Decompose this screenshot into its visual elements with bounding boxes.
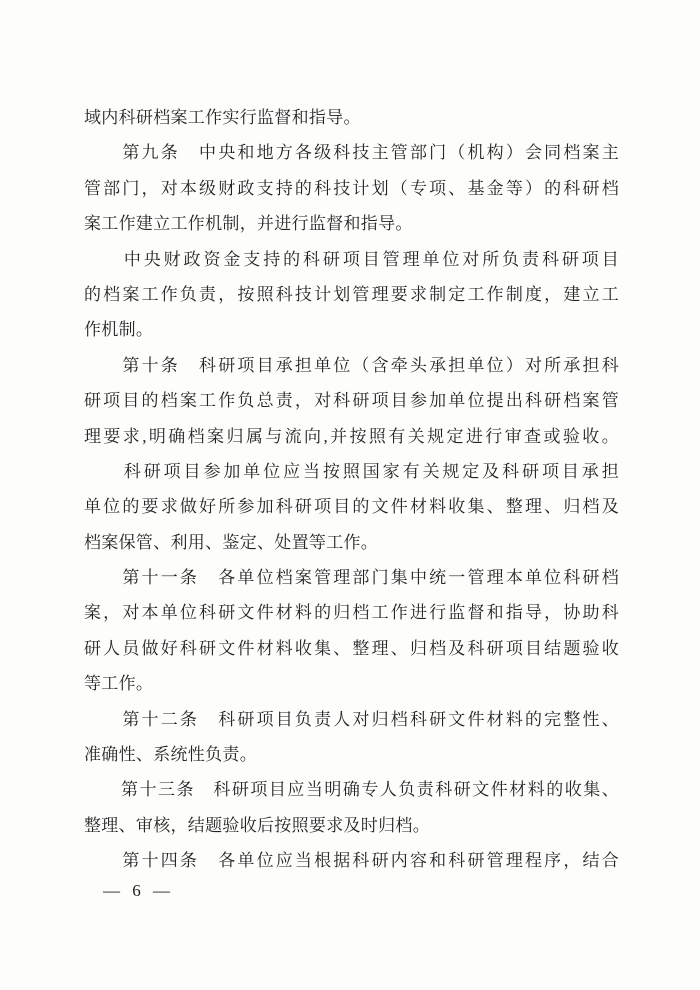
document-line: 案工作建立工作机制，并进行监督和指导。 — [84, 206, 619, 241]
document-page: 域内科研档案工作实行监督和指导。 第九条 中央和地方各级科技主管部门（机构）会同… — [0, 0, 700, 990]
document-line: 案，对本单位科研文件材料的归档工作进行监督和指导，协助科 — [84, 595, 619, 630]
document-line: 第九条 中央和地方各级科技主管部门（机构）会同档案主 — [84, 135, 619, 170]
document-line: 等工作。 — [84, 666, 619, 701]
document-line: 域内科研档案工作实行监督和指导。 — [84, 100, 619, 135]
document-line: 第十三条 科研项目应当明确专人负责科研文件材料的收集、 — [84, 772, 619, 807]
page-number: — 6 — — [103, 881, 174, 901]
document-line: 第十二条 科研项目负责人对归档科研文件材料的完整性、 — [84, 702, 619, 737]
document-body: 域内科研档案工作实行监督和指导。 第九条 中央和地方各级科技主管部门（机构）会同… — [84, 100, 619, 879]
document-line: 整理、审核，结题验收后按照要求及时归档。 — [84, 808, 619, 843]
document-line: 理要求,明确档案归属与流向,并按照有关规定进行审查或验收。 — [84, 419, 619, 454]
document-line: 研人员做好科研文件材料收集、整理、归档及科研项目结题验收 — [84, 631, 619, 666]
document-line: 的档案工作负责，按照科技计划管理要求制定工作制度，建立工 — [84, 277, 619, 312]
document-line: 中央财政资金支持的科研项目管理单位对所负责科研项目 — [84, 242, 619, 277]
document-line: 档案保管、利用、鉴定、处置等工作。 — [84, 525, 619, 560]
document-line: 准确性、系统性负责。 — [84, 737, 619, 772]
document-line: 管部门，对本级财政支持的科技计划（专项、基金等）的科研档 — [84, 171, 619, 206]
document-line: 科研项目参加单位应当按照国家有关规定及科研项目承担 — [84, 454, 619, 489]
document-line: 作机制。 — [84, 312, 619, 347]
document-line: 第十条 科研项目承担单位（含牵头承担单位）对所承担科 — [84, 348, 619, 383]
document-line: 第十四条 各单位应当根据科研内容和科研管理程序，结合 — [84, 843, 619, 878]
document-line: 研项目的档案工作负总责，对科研项目参加单位提出科研档案管 — [84, 383, 619, 418]
document-line: 第十一条 各单位档案管理部门集中统一管理本单位科研档 — [84, 560, 619, 595]
document-line: 单位的要求做好所参加科研项目的文件材料收集、整理、归档及 — [84, 489, 619, 524]
